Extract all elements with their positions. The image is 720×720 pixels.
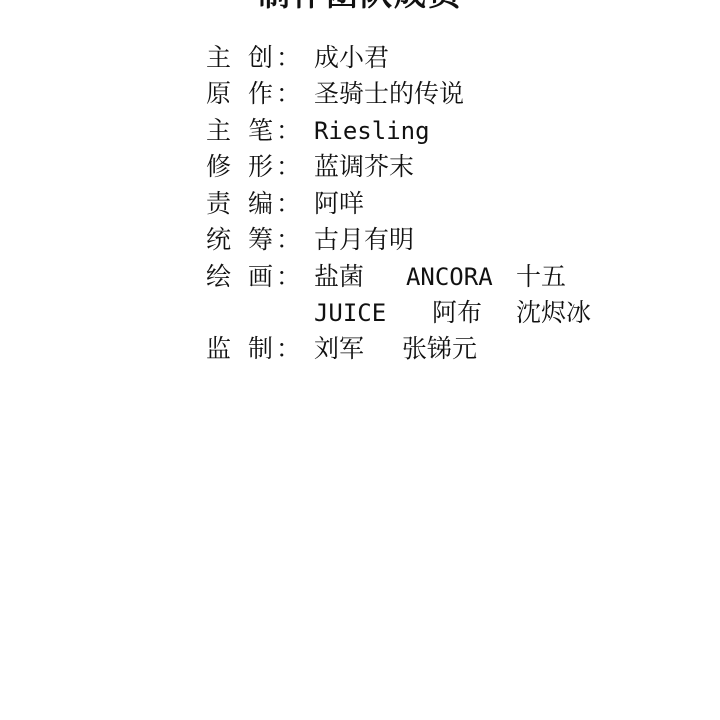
credit-row-original-work: 原作： 圣骑士的传说 xyxy=(206,76,464,112)
credit-names: Riesling xyxy=(314,113,430,149)
credit-row-lead-artist: 主笔： Riesling xyxy=(206,113,430,149)
credit-name: 古月有明 xyxy=(314,222,414,258)
credit-row-revision: 修形： 蓝调芥末 xyxy=(206,149,414,185)
credit-role: 责编： xyxy=(206,186,306,222)
credit-name: JUICE xyxy=(314,295,432,331)
credit-names: 圣骑士的传说 xyxy=(314,76,464,112)
credit-name: 刘军 xyxy=(314,331,402,367)
credit-name: 圣骑士的传说 xyxy=(314,76,464,112)
credit-name: 十五 xyxy=(516,259,566,295)
credit-name: 成小君 xyxy=(314,40,389,76)
credit-role: 监制： xyxy=(206,331,306,367)
credit-row-illustration-cont: JUICE阿布沈烬冰 xyxy=(206,295,591,331)
credit-name: 张锑元 xyxy=(402,331,477,367)
credit-role: 修形： xyxy=(206,149,306,185)
credit-names: 古月有明 xyxy=(314,222,414,258)
credit-names: JUICE阿布沈烬冰 xyxy=(314,295,591,331)
credit-names: 成小君 xyxy=(314,40,389,76)
credit-name: 沈烬冰 xyxy=(516,295,591,331)
credit-name: Riesling xyxy=(314,113,430,149)
credit-role: 主笔： xyxy=(206,113,306,149)
credit-name: 蓝调芥末 xyxy=(314,149,414,185)
credit-role: 绘画： xyxy=(206,259,306,295)
credit-role: 统筹： xyxy=(206,222,306,258)
credit-names: 刘军张锑元 xyxy=(314,331,477,367)
credit-names: 蓝调芥末 xyxy=(314,149,414,185)
page-title: 制作团队成员 xyxy=(0,0,720,10)
credit-names: 盐菌ANCORA十五 xyxy=(314,259,566,295)
credit-names: 阿咩 xyxy=(314,186,364,222)
credit-name: 阿布 xyxy=(432,295,516,331)
credit-row-editor: 责编： 阿咩 xyxy=(206,186,364,222)
credit-row-supervisor: 监制： 刘军张锑元 xyxy=(206,331,477,367)
credit-row-coordinator: 统筹： 古月有明 xyxy=(206,222,414,258)
credit-row-lead-creator: 主创： 成小君 xyxy=(206,40,389,76)
credit-role xyxy=(206,295,306,331)
credit-role: 主创： xyxy=(206,40,306,76)
credit-role: 原作： xyxy=(206,76,306,112)
credit-name: ANCORA xyxy=(406,259,516,295)
credit-name: 阿咩 xyxy=(314,186,364,222)
credit-name: 盐菌 xyxy=(314,259,406,295)
credit-row-illustration: 绘画： 盐菌ANCORA十五 xyxy=(206,259,566,295)
